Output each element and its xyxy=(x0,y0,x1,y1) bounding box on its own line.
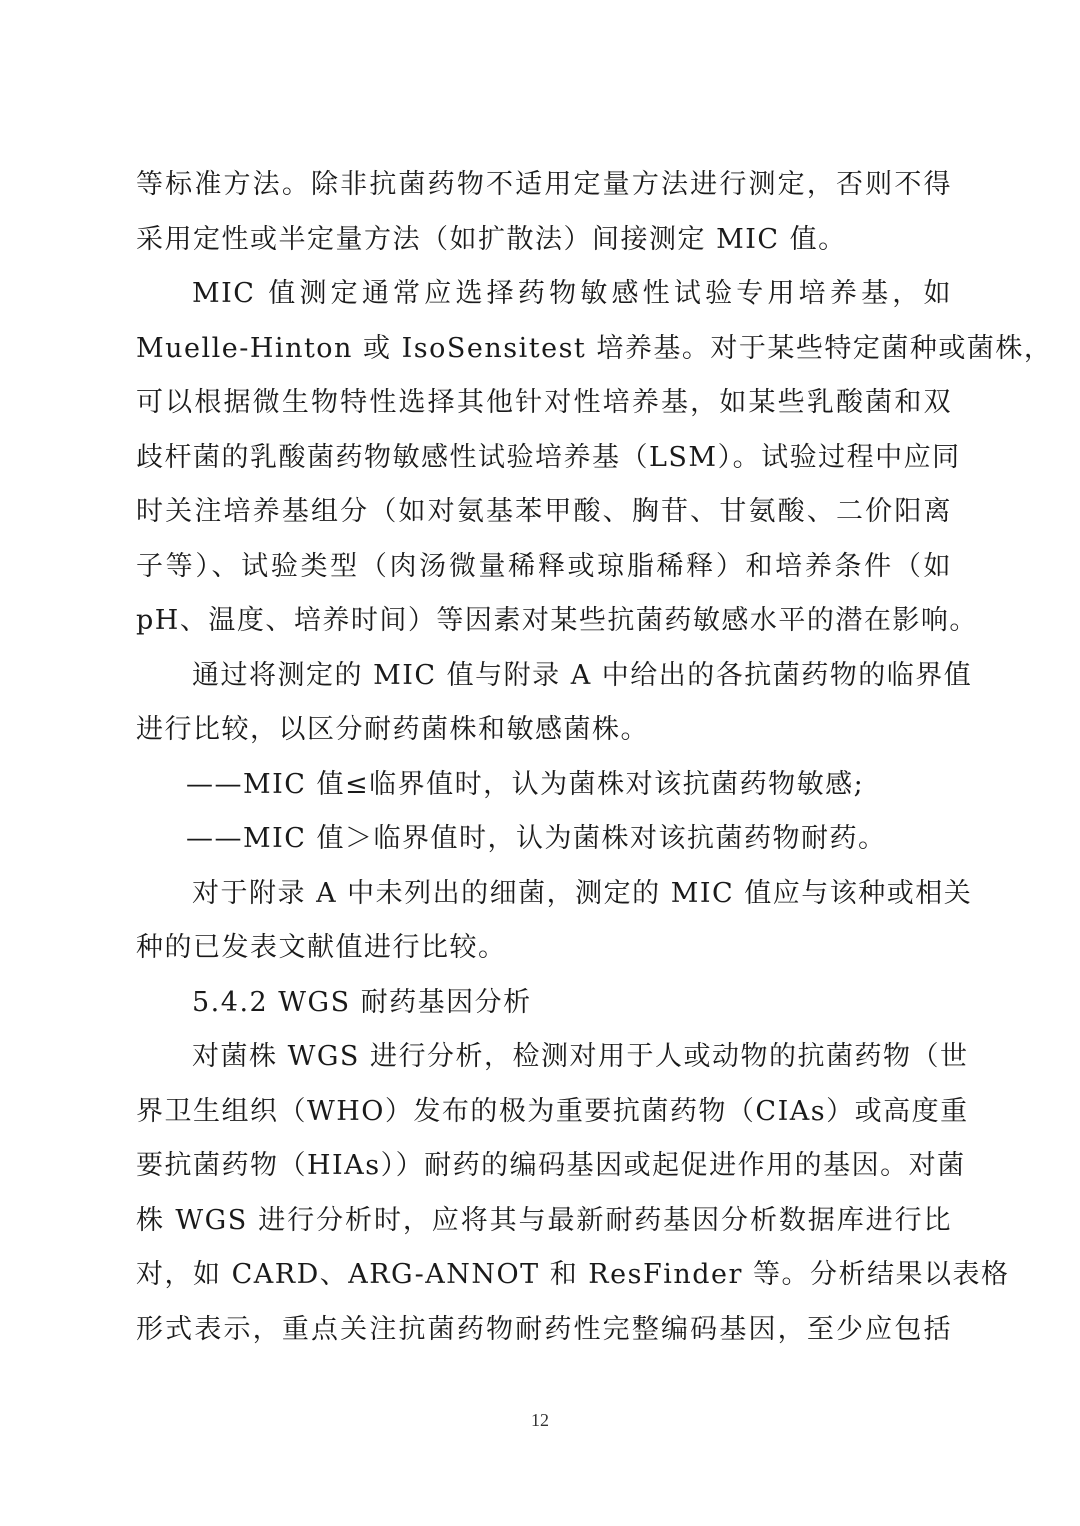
text-line: 形式表示，重点关注抗菌药物耐药性完整编码基因，至少应包括 xyxy=(136,1303,952,1358)
text-line: 株 WGS 进行分析时，应将其与最新耐药基因分析数据库进行比 xyxy=(136,1194,952,1249)
text-line: 对于附录 A 中未列出的细菌，测定的 MIC 值应与该种或相关 xyxy=(136,867,952,922)
text-line: 要抗菌药物（HIAs））耐药的编码基因或起促进作用的基因。对菌 xyxy=(136,1139,952,1194)
text-line: Muelle-Hinton 或 IsoSensitest 培养基。对于某些特定菌… xyxy=(136,322,952,377)
list-item: ——MIC 值＞临界值时，认为菌株对该抗菌药物耐药。 xyxy=(136,812,952,867)
list-item: ——MIC 值≤临界值时，认为菌株对该抗菌药物敏感; xyxy=(136,758,952,813)
text-line: 进行比较，以区分耐药菌株和敏感菌株。 xyxy=(136,703,952,758)
text-line: 种的已发表文献值进行比较。 xyxy=(136,921,952,976)
text-line: MIC 值测定通常应选择药物敏感性试验专用培养基，如 xyxy=(136,267,952,322)
text-line: 界卫生组织（WHO）发布的极为重要抗菌药物（CIAs）或高度重 xyxy=(136,1085,952,1140)
text-line: pH、温度、培养时间）等因素对某些抗菌药敏感水平的潜在影响。 xyxy=(136,594,952,649)
page-number: 12 xyxy=(0,1410,1080,1431)
text-line: 对，如 CARD、ARG-ANNOT 和 ResFinder 等。分析结果以表格 xyxy=(136,1248,952,1303)
section-heading: 5.4.2 WGS 耐药基因分析 xyxy=(136,976,952,1031)
text-line: 时关注培养基组分（如对氨基苯甲酸、胸苷、甘氨酸、二价阳离 xyxy=(136,485,952,540)
text-line: 等标准方法。除非抗菌药物不适用定量方法进行测定，否则不得 xyxy=(136,158,952,213)
document-page: 等标准方法。除非抗菌药物不适用定量方法进行测定，否则不得 采用定性或半定量方法（… xyxy=(136,158,952,1357)
text-line: 通过将测定的 MIC 值与附录 A 中给出的各抗菌药物的临界值 xyxy=(136,649,952,704)
text-line: 歧杆菌的乳酸菌药物敏感性试验培养基（LSM）。试验过程中应同 xyxy=(136,431,952,486)
text-line: 采用定性或半定量方法（如扩散法）间接测定 MIC 值。 xyxy=(136,213,952,268)
text-line: 对菌株 WGS 进行分析，检测对用于人或动物的抗菌药物（世 xyxy=(136,1030,952,1085)
text-line: 子等）、试验类型（肉汤微量稀释或琼脂稀释）和培养条件（如 xyxy=(136,540,952,595)
text-line: 可以根据微生物特性选择其他针对性培养基，如某些乳酸菌和双 xyxy=(136,376,952,431)
